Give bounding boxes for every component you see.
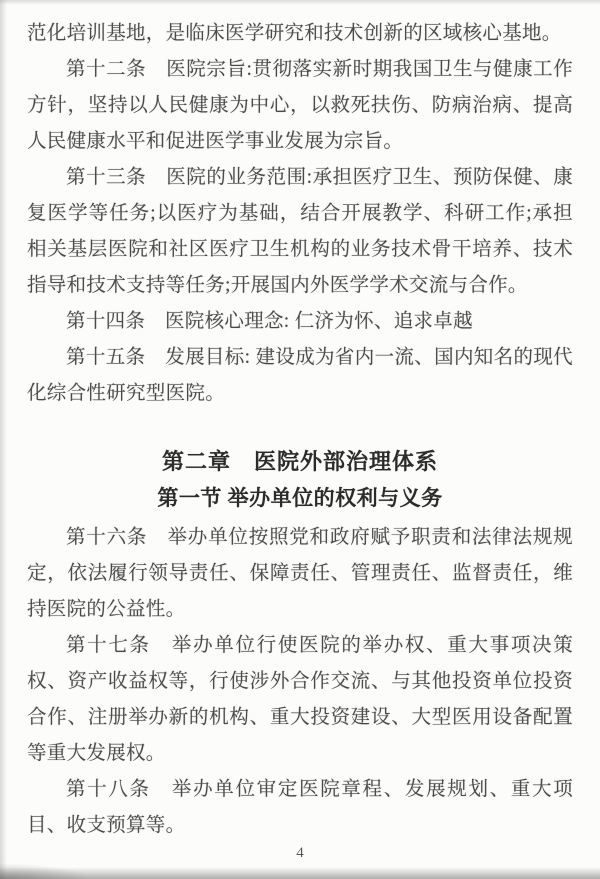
- chapter-heading: 第二章 医院外部治理体系: [27, 444, 573, 480]
- scanned-document-page: 范化培训基地，是临床医学研究和技术创新的区域核心基地。 第十二条 医院宗旨:贯彻…: [0, 0, 600, 879]
- scan-edge-bottom: [0, 867, 600, 879]
- article-14-paragraph: 第十四条 医院核心理念: 仁济为怀、追求卓越: [27, 304, 573, 340]
- article-15-paragraph: 第十五条 发展目标: 建设成为省内一流、国内知名的现代化综合性研究型医院。: [27, 340, 573, 412]
- page-number: 4: [0, 844, 600, 862]
- article-12-paragraph: 第十二条 医院宗旨:贯彻落实新时期我国卫生与健康工作方针，坚持以人民健康为中心，…: [27, 52, 573, 160]
- page-content: 范化培训基地，是临床医学研究和技术创新的区域核心基地。 第十二条 医院宗旨:贯彻…: [27, 0, 573, 844]
- article-13-paragraph: 第十三条 医院的业务范围:承担医疗卫生、预防保健、康复医学等任务;以医疗为基础，…: [27, 160, 573, 304]
- article-16-paragraph: 第十六条 举办单位按照党和政府赋予职责和法律法规规定，依法履行领导责任、保障责任…: [27, 520, 573, 628]
- paragraph-continuation: 范化培训基地，是临床医学研究和技术创新的区域核心基地。: [27, 16, 573, 52]
- scan-edge-left: [0, 0, 7, 879]
- article-17-paragraph: 第十七条 举办单位行使医院的举办权、重大事项决策权、资产收益权等，行使涉外合作交…: [27, 628, 573, 772]
- article-18-paragraph: 第十八条 举办单位审定医院章程、发展规划、重大项目、收支预算等。: [27, 772, 573, 844]
- scan-edge-corner: [0, 863, 90, 879]
- section-heading: 第一节 举办单位的权利与义务: [27, 480, 573, 516]
